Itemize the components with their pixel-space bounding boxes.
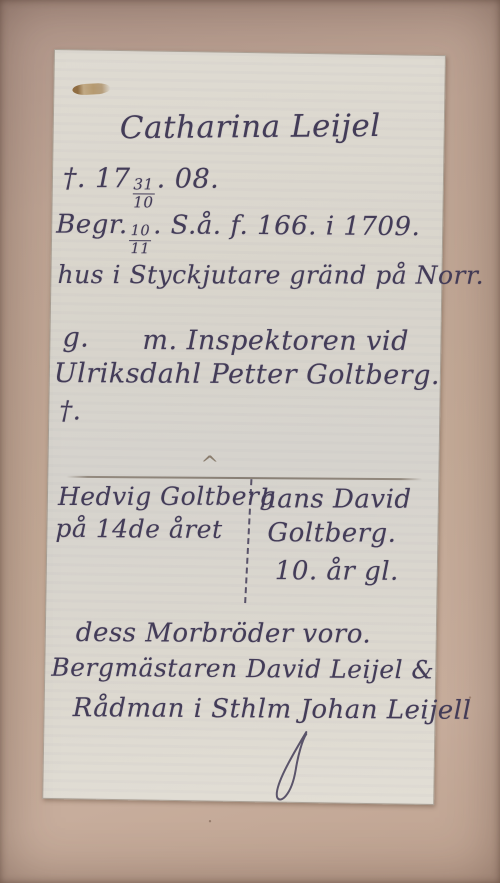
uncle-second-line: Rådman i Sthlm Johan Leijell — [73, 693, 472, 726]
burial-abbrev: Begr. — [56, 210, 128, 240]
marriage-abbrev-g: g. — [62, 322, 89, 353]
uncle-first-line: Bergmästaren David Leijel & — [51, 653, 434, 685]
death-year: 17 — [95, 163, 131, 194]
marriage-spouse-title: m. Inspektoren vid — [142, 325, 409, 357]
card-title-name: Catharina Leijel — [120, 108, 381, 146]
death-cross-icon: †. — [63, 163, 86, 194]
marriage-spouse-name: Ulriksdahl Petter Goltberg. — [54, 358, 440, 391]
insertion-caret-mark: ^ — [200, 452, 219, 477]
death-date-line: †. 173110. 08. — [63, 163, 220, 211]
burial-line: Begr.1011. S.å. f. 166. i 1709. — [56, 210, 420, 259]
paper-stain — [72, 83, 111, 96]
handwritten-record-card: Catharina Leijel †. 173110. 08. Begr.101… — [42, 49, 446, 805]
death-day-month-fraction: 3110 — [132, 178, 154, 211]
child-left-age: på 14de året — [55, 514, 222, 544]
house-line: hus i Styckjutare gränd på Norr. — [57, 260, 484, 290]
child-right-name-first: hans David — [260, 484, 412, 514]
column-top-rule — [66, 476, 422, 480]
burial-suffix: . S.å. f. 166. i 1709. — [153, 210, 420, 242]
child-left-name: Hedvig Goltberg — [58, 482, 276, 511]
death-suffix: . 08. — [157, 163, 220, 194]
child-right-name-last: Goltberg. — [267, 518, 396, 549]
child-right-age: 10. år gl. — [275, 556, 399, 587]
burial-day-month-fraction: 1011 — [129, 224, 151, 256]
photo-mat-background: Catharina Leijel †. 173110. 08. Begr.101… — [0, 0, 500, 883]
uncles-heading-line: dess Morbröder voro. — [76, 618, 372, 650]
spouse-death-cross-icon: †. — [59, 396, 82, 426]
pen-flourish-descender — [261, 729, 322, 806]
